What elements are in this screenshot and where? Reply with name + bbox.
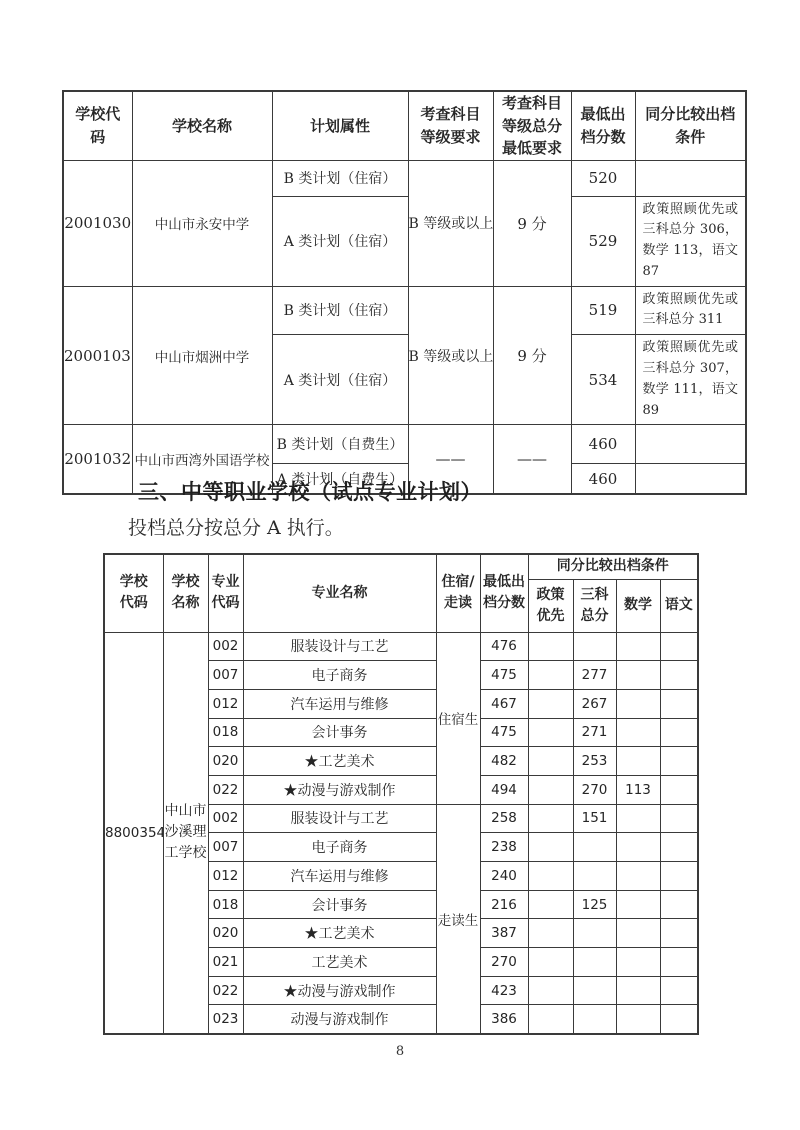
- header-residence: 住宿/走读: [436, 554, 480, 632]
- major-code-cell: 018: [208, 890, 243, 919]
- math-cell: [616, 862, 660, 891]
- header-label: 学校代码: [75, 103, 120, 148]
- math-cell: 113: [616, 775, 660, 804]
- school-name-cell: 中山市永安中学: [132, 160, 272, 286]
- policy-cell: [528, 1005, 573, 1034]
- chinese-cell: [660, 661, 698, 690]
- major-code-cell: 020: [208, 747, 243, 776]
- header-school-code: 学校代码: [104, 554, 163, 632]
- major-name-cell: ★动漫与游戏制作: [243, 775, 436, 804]
- table-row: 2001032 中山市西湾外国语学校 B 类计划（自费生） —— —— 460: [63, 425, 746, 464]
- chinese-cell: [660, 948, 698, 977]
- header-label: 同分比较出档条件: [645, 103, 735, 148]
- major-code-cell: 022: [208, 775, 243, 804]
- math-cell: [616, 948, 660, 977]
- major-name-cell: ★工艺美术: [243, 919, 436, 948]
- chinese-cell: [660, 718, 698, 747]
- math-cell: [616, 689, 660, 718]
- tiebreak-condition-cell: 政策照顾优先或三科总分 306，数学 113，语文 87: [635, 196, 746, 286]
- table-header-row: 学校代码 学校名称 专业代码 专业名称 住宿/走读 最低出档分数 同分比较出档条…: [104, 554, 698, 579]
- policy-cell: [528, 976, 573, 1005]
- header-grade-total-min-requirement: 考查科目等级总分最低要求: [493, 91, 571, 160]
- senior-school-score-table: 学校代码 学校名称 计划属性 考查科目等级要求 考查科目等级总分最低要求 最低出…: [62, 90, 747, 495]
- min-score-cell: 475: [480, 661, 528, 690]
- header-chinese: 语文: [660, 579, 698, 632]
- min-score-cell: 460: [571, 425, 635, 464]
- page-number: 8: [0, 1044, 800, 1059]
- school-code-cell: 2001032: [63, 425, 132, 494]
- policy-cell: [528, 775, 573, 804]
- major-name-cell: 电子商务: [243, 833, 436, 862]
- major-code-cell: 007: [208, 661, 243, 690]
- header-label: 专业代码: [212, 572, 240, 614]
- min-score-cell: 216: [480, 890, 528, 919]
- header-major-name: 专业名称: [243, 554, 436, 632]
- major-code-cell: 022: [208, 976, 243, 1005]
- three-subjects-cell: [573, 948, 616, 977]
- major-name-cell: 服装设计与工艺: [243, 632, 436, 661]
- min-score-cell: 467: [480, 689, 528, 718]
- chinese-cell: [660, 747, 698, 776]
- min-score-cell: 386: [480, 1005, 528, 1034]
- plan-type-cell: B 类计划（自费生）: [272, 425, 408, 464]
- min-score-cell: 520: [571, 160, 635, 196]
- header-label: 同分比较出档条件: [557, 556, 669, 577]
- min-score-cell: 494: [480, 775, 528, 804]
- min-score-cell: 423: [480, 976, 528, 1005]
- header-tiebreak-group: 同分比较出档条件: [528, 554, 698, 579]
- header-math: 数学: [616, 579, 660, 632]
- vocational-school-score-table: 学校代码 学校名称 专业代码 专业名称 住宿/走读 最低出档分数 同分比较出档条…: [103, 553, 699, 1035]
- header-label: 学校名称: [172, 572, 200, 614]
- min-score-cell: 534: [571, 335, 635, 425]
- major-code-cell: 012: [208, 862, 243, 891]
- section-note: 投档总分按总分 A 执行。: [128, 513, 344, 540]
- header-school-code: 学校代码: [63, 91, 132, 160]
- chinese-cell: [660, 862, 698, 891]
- table-header-row: 学校代码 学校名称 计划属性 考查科目等级要求 考查科目等级总分最低要求 最低出…: [63, 91, 746, 160]
- major-name-cell: 汽车运用与维修: [243, 862, 436, 891]
- header-tiebreak-condition: 同分比较出档条件: [635, 91, 746, 160]
- major-code-cell: 002: [208, 632, 243, 661]
- policy-cell: [528, 948, 573, 977]
- tiebreak-condition-cell: [635, 160, 746, 196]
- min-score-cell: 270: [480, 948, 528, 977]
- table-row: 20001031 中山市烟洲中学 B 类计划（住宿） B 等级或以上 9 分 5…: [63, 286, 746, 335]
- min-score-cell: 460: [571, 464, 635, 494]
- header-label: 学校代码: [120, 572, 148, 614]
- policy-cell: [528, 718, 573, 747]
- header-label: 考查科目等级要求: [421, 103, 481, 148]
- min-score-cell: 529: [571, 196, 635, 286]
- total-requirement-cell: ——: [493, 425, 571, 494]
- header-min-admission-score: 最低出档分数: [571, 91, 635, 160]
- three-subjects-cell: [573, 833, 616, 862]
- policy-cell: [528, 689, 573, 718]
- major-code-cell: 018: [208, 718, 243, 747]
- major-name-cell: ★工艺美术: [243, 747, 436, 776]
- header-label: 最低出档分数: [581, 103, 626, 148]
- header-three-subjects-total: 三科总分: [573, 579, 616, 632]
- major-code-cell: 023: [208, 1005, 243, 1034]
- chinese-cell: [660, 775, 698, 804]
- header-label: 专业名称: [312, 583, 368, 604]
- three-subjects-cell: 277: [573, 661, 616, 690]
- header-label: 最低出档分数: [483, 572, 525, 614]
- major-name-cell: 动漫与游戏制作: [243, 1005, 436, 1034]
- header-label: 学校名称: [172, 115, 232, 138]
- math-cell: [616, 1005, 660, 1034]
- policy-cell: [528, 632, 573, 661]
- three-subjects-cell: 151: [573, 804, 616, 833]
- min-score-cell: 240: [480, 862, 528, 891]
- major-code-cell: 012: [208, 689, 243, 718]
- tiebreak-condition-cell: [635, 425, 746, 464]
- three-subjects-cell: [573, 1005, 616, 1034]
- chinese-cell: [660, 919, 698, 948]
- three-subjects-cell: 271: [573, 718, 616, 747]
- chinese-cell: [660, 976, 698, 1005]
- math-cell: [616, 632, 660, 661]
- major-name-cell: 服装设计与工艺: [243, 804, 436, 833]
- three-subjects-cell: [573, 919, 616, 948]
- grade-requirement-cell: B 等级或以上: [408, 286, 493, 425]
- three-subjects-cell: 253: [573, 747, 616, 776]
- chinese-cell: [660, 890, 698, 919]
- policy-cell: [528, 747, 573, 776]
- table-row: 2001030 中山市永安中学 B 类计划（住宿） B 等级或以上 9 分 52…: [63, 160, 746, 196]
- major-code-cell: 002: [208, 804, 243, 833]
- header-major-code: 专业代码: [208, 554, 243, 632]
- math-cell: [616, 804, 660, 833]
- policy-cell: [528, 890, 573, 919]
- min-score-cell: 238: [480, 833, 528, 862]
- tiebreak-condition-cell: 政策照顾优先或三科总分 311: [635, 286, 746, 335]
- header-policy-priority: 政策优先: [528, 579, 573, 632]
- header-label: 计划属性: [310, 115, 370, 138]
- chinese-cell: [660, 632, 698, 661]
- header-label: 政策优先: [537, 585, 565, 627]
- policy-cell: [528, 833, 573, 862]
- school-code-cell: 8800354: [104, 632, 163, 1034]
- chinese-cell: [660, 804, 698, 833]
- grade-requirement-cell: B 等级或以上: [408, 160, 493, 286]
- header-subject-grade-requirement: 考查科目等级要求: [408, 91, 493, 160]
- min-score-cell: 482: [480, 747, 528, 776]
- math-cell: [616, 661, 660, 690]
- major-name-cell: 电子商务: [243, 661, 436, 690]
- residence-cell: 走读生: [436, 804, 480, 1034]
- header-label: 考查科目等级总分最低要求: [502, 92, 562, 160]
- min-score-cell: 476: [480, 632, 528, 661]
- header-min-admission-score: 最低出档分数: [480, 554, 528, 632]
- math-cell: [616, 890, 660, 919]
- header-label: 语文: [665, 595, 693, 616]
- min-score-cell: 519: [571, 286, 635, 335]
- residence-cell: 住宿生: [436, 632, 480, 804]
- major-code-cell: 007: [208, 833, 243, 862]
- school-code-cell: 20001031: [63, 286, 132, 425]
- total-requirement-cell: 9 分: [493, 160, 571, 286]
- chinese-cell: [660, 833, 698, 862]
- policy-cell: [528, 862, 573, 891]
- math-cell: [616, 747, 660, 776]
- math-cell: [616, 919, 660, 948]
- tiebreak-condition-cell: [635, 464, 746, 494]
- min-score-cell: 475: [480, 718, 528, 747]
- three-subjects-cell: 125: [573, 890, 616, 919]
- major-code-cell: 021: [208, 948, 243, 977]
- three-subjects-cell: [573, 976, 616, 1005]
- header-label: 数学: [624, 595, 652, 616]
- header-school-name: 学校名称: [132, 91, 272, 160]
- school-name-cell: 中山市沙溪理工学校: [163, 632, 208, 1034]
- chinese-cell: [660, 1005, 698, 1034]
- three-subjects-cell: [573, 862, 616, 891]
- three-subjects-cell: 270: [573, 775, 616, 804]
- major-code-cell: 020: [208, 919, 243, 948]
- header-label: 住宿/走读: [437, 572, 479, 614]
- math-cell: [616, 833, 660, 862]
- major-name-cell: 工艺美术: [243, 948, 436, 977]
- plan-type-cell: B 类计划（住宿）: [272, 160, 408, 196]
- school-name-label: 中山市沙溪理工学校: [165, 801, 207, 864]
- major-name-cell: 会计事务: [243, 890, 436, 919]
- header-label: 三科总分: [581, 585, 609, 627]
- major-name-cell: 汽车运用与维修: [243, 689, 436, 718]
- three-subjects-cell: 267: [573, 689, 616, 718]
- min-score-cell: 258: [480, 804, 528, 833]
- policy-cell: [528, 919, 573, 948]
- tiebreak-condition-cell: 政策照顾优先或三科总分 307，数学 111，语文 89: [635, 335, 746, 425]
- major-name-cell: 会计事务: [243, 718, 436, 747]
- policy-cell: [528, 804, 573, 833]
- school-code-cell: 2001030: [63, 160, 132, 286]
- header-school-name: 学校名称: [163, 554, 208, 632]
- policy-cell: [528, 661, 573, 690]
- school-name-cell: 中山市烟洲中学: [132, 286, 272, 425]
- chinese-cell: [660, 689, 698, 718]
- header-plan-type: 计划属性: [272, 91, 408, 160]
- plan-type-cell: B 类计划（住宿）: [272, 286, 408, 335]
- section-heading: 三、中等职业学校（试点专业计划）: [138, 476, 482, 506]
- total-requirement-cell: 9 分: [493, 286, 571, 425]
- table-row: 8800354 中山市沙溪理工学校 002 服装设计与工艺 住宿生 476: [104, 632, 698, 661]
- plan-type-cell: A 类计划（住宿）: [272, 196, 408, 286]
- three-subjects-cell: [573, 632, 616, 661]
- min-score-cell: 387: [480, 919, 528, 948]
- plan-type-cell: A 类计划（住宿）: [272, 335, 408, 425]
- major-name-cell: ★动漫与游戏制作: [243, 976, 436, 1005]
- math-cell: [616, 976, 660, 1005]
- math-cell: [616, 718, 660, 747]
